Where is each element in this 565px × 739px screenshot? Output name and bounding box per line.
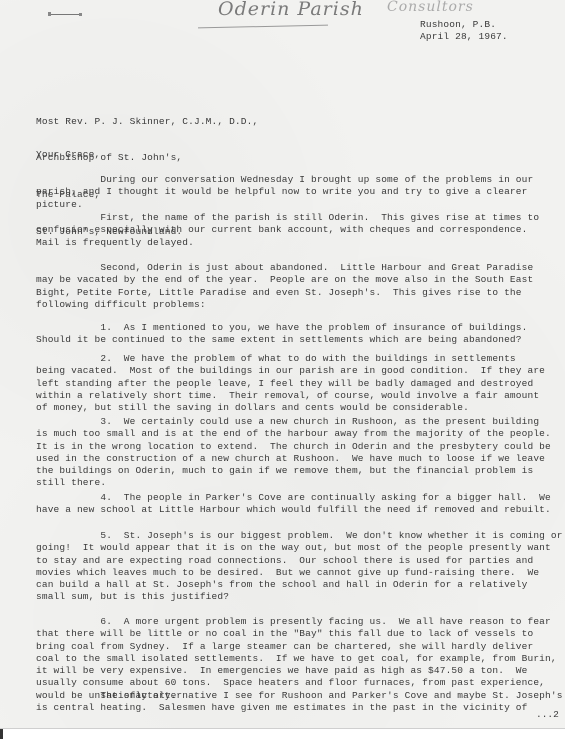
paragraph-line: 3. We certainly could use a new church i…	[36, 416, 551, 428]
paragraph-line: 6. A more urgent problem is presently fa…	[36, 616, 557, 628]
paragraph-line: following difficult problems:	[36, 299, 533, 311]
paragraph-line: have a new school at Little Harbour whic…	[36, 504, 551, 516]
paragraph-line: going! It would appear that it is on the…	[36, 542, 563, 554]
paragraph: 2. We have the problem of what to do wit…	[36, 353, 545, 414]
paragraph-line: of money, but still the saving in dollar…	[36, 402, 545, 414]
paragraph-line: still there.	[36, 477, 551, 489]
paragraph: 4. The people in Parker's Cove are conti…	[36, 492, 551, 517]
paragraph-line: The only alternative I see for Rushoon a…	[36, 690, 563, 702]
addressee-line: Most Rev. P. J. Skinner, C.J.M., D.D.,	[36, 116, 258, 128]
paragraph-line: bring coal from Sydney. If a large steam…	[36, 641, 557, 653]
paragraph-line: may be vacated by the end of the year. P…	[36, 274, 533, 286]
paragraph-line: 4. The people in Parker's Cove are conti…	[36, 492, 551, 504]
paragraph-line: Bight, Petite Forte, Little Paradise and…	[36, 287, 533, 299]
paragraph: Second, Oderin is just about abandoned. …	[36, 262, 533, 311]
paragraph-line: the buildings on Oderin, much to gain if…	[36, 465, 551, 477]
paragraph-line: coal to the small isolated settlements. …	[36, 653, 557, 665]
paragraph-line: Second, Oderin is just about abandoned. …	[36, 262, 533, 274]
paragraph-line: 1. As I mentioned to you, we have the pr…	[36, 322, 527, 334]
paragraph-line: confusion especially with our current ba…	[36, 224, 539, 236]
paragraph: First, the name of the parish is still O…	[36, 212, 539, 249]
paragraph-line: usually consume about 60 tons. Space hea…	[36, 677, 557, 689]
paragraph: 5. St. Joseph's is our biggest problem. …	[36, 530, 563, 604]
handwritten-title: Oderin Parish	[218, 0, 364, 20]
handwritten-underline	[198, 25, 328, 29]
paragraph-line: is much too small and is at the end of t…	[36, 428, 551, 440]
paragraph-line: left standing after the people leave, I …	[36, 378, 545, 390]
paragraph-line: that there will be little or no coal in …	[36, 628, 557, 640]
paragraph: The only alternative I see for Rushoon a…	[36, 690, 563, 715]
paragraph: 1. As I mentioned to you, we have the pr…	[36, 322, 527, 347]
paragraph-line: used in the construction of a new church…	[36, 453, 551, 465]
paragraph-line: is central heating. Salesmen have given …	[36, 702, 563, 714]
scan-edge-mark	[0, 729, 3, 739]
paragraph-line: picture.	[36, 199, 533, 211]
salutation: Your Grace,	[36, 149, 100, 161]
paragraph-line: being vacated. Most of the buildings in …	[36, 365, 545, 377]
paragraph-line: Should it be continued to the same exten…	[36, 334, 527, 346]
page-continuation: ...2	[536, 709, 559, 720]
paragraph-line: First, the name of the parish is still O…	[36, 212, 539, 224]
paragraph-line: within a relatively short time. Their re…	[36, 390, 545, 402]
letter-date: April 28, 1967.	[420, 31, 508, 43]
paragraph-line: small sum, but is this justified?	[36, 591, 563, 603]
paragraph-line: parish, and I thought it would be helpfu…	[36, 186, 533, 198]
paragraph-line: It is in the wrong location to extend. T…	[36, 441, 551, 453]
paragraph-line: Mail is frequently delayed.	[36, 237, 539, 249]
paragraph-line: to stay and are expecting road connectio…	[36, 555, 563, 567]
paragraph-line: can build a hall at St. Joseph's from th…	[36, 579, 563, 591]
paragraph-line: it will be very expensive. In emergencie…	[36, 665, 557, 677]
scan-bottom-edge	[0, 728, 565, 739]
letter-place: Rushoon, P.B.	[420, 19, 496, 31]
paragraph: During our conversation Wednesday I brou…	[36, 174, 533, 211]
paragraph-line: 5. St. Joseph's is our biggest problem. …	[36, 530, 563, 542]
paragraph-line: movies which leaves much to be desired. …	[36, 567, 563, 579]
letter-page: Oderin Parish Consultors Rushoon, P.B. A…	[0, 0, 565, 728]
paragraph-line: 2. We have the problem of what to do wit…	[36, 353, 545, 365]
paragraph: 3. We certainly could use a new church i…	[36, 416, 551, 490]
pen-mark	[50, 14, 80, 15]
paragraph-line: During our conversation Wednesday I brou…	[36, 174, 533, 186]
handwritten-note: Consultors	[387, 0, 474, 15]
